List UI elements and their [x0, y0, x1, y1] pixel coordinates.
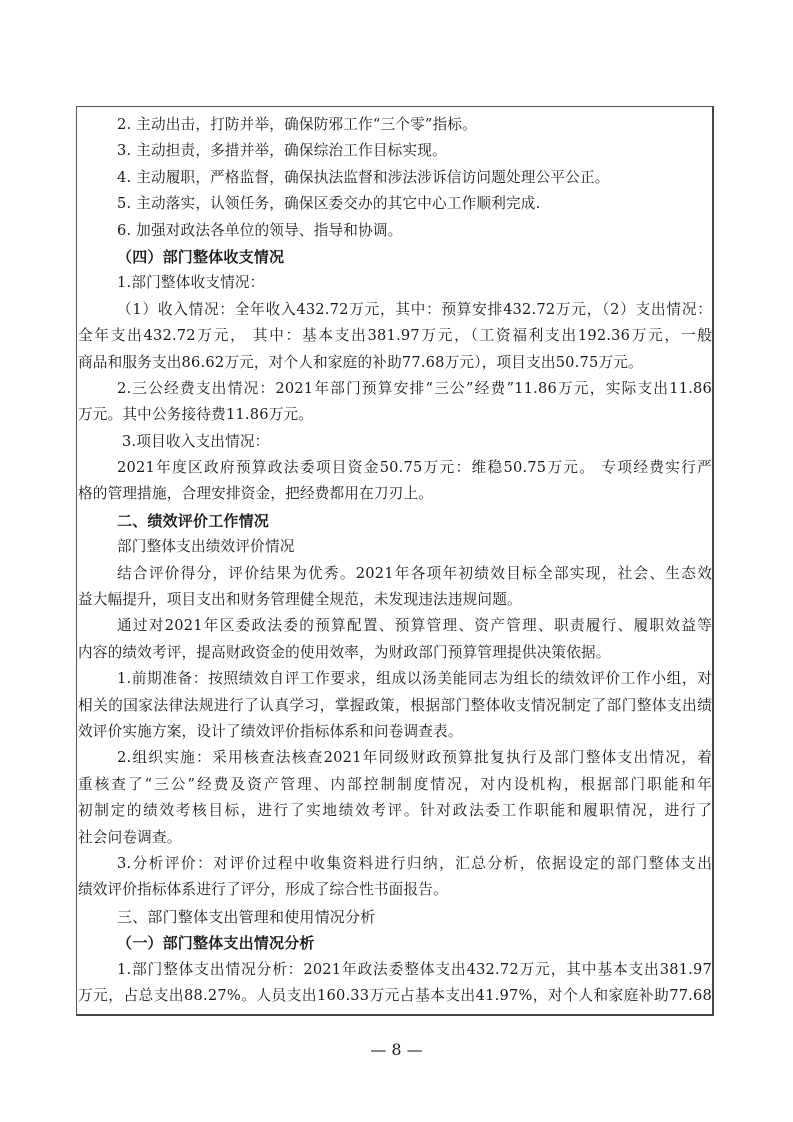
- paragraph-line: 相关的国家法律法规进行了认真学习，掌握政策，根据部门整体收支情况制定了部门整体支…: [78, 693, 712, 719]
- paragraph-line: 万元。其中公务接待费11.86万元。: [78, 402, 712, 428]
- paragraph-line: 社会问卷调查。: [78, 825, 712, 851]
- paragraph-line: 4. 主动履职，严格监督，确保执法监督和涉法涉诉信访问题处理公平公正。: [78, 165, 712, 191]
- paragraph-line: 1.部门整体支出情况分析：2021年政法委整体支出432.72万元，其中基本支出…: [78, 957, 712, 983]
- paragraph-line: 重核查了“三公”经费及资产管理、内部控制制度情况，对内设机构，根据部门职能和年: [78, 772, 712, 798]
- section-heading: 二、绩效评价工作情况: [78, 508, 712, 534]
- section-heading: （四）部门整体收支情况: [78, 244, 712, 270]
- paragraph-line: 格的管理措施，合理安排资金，把经费都用在刀刃上。: [78, 481, 712, 507]
- paragraph-line: 通过对2021年区委政法委的预算配置、预算管理、资产管理、职责履行、履职效益等: [78, 613, 712, 639]
- document-body: 2. 主动出击，打防并举，确保防邪工作“三个零”指标。3. 主动担责，多措并举，…: [78, 112, 712, 1009]
- paragraph-line: 5. 主动落实，认领任务，确保区委交办的其它中心工作顺利完成.: [78, 191, 712, 217]
- paragraph-line: 万元，占总支出88.27%。人员支出160.33万元占基本支出41.97%，对个…: [78, 983, 712, 1009]
- paragraph-line: 内容的绩效考评，提高财政资金的使用效率，为财政部门预算管理提供决策依据。: [78, 640, 712, 666]
- paragraph-line: 结合评价得分，评价结果为优秀。2021年各项年初绩效目标全部实现，社会、生态效: [78, 561, 712, 587]
- paragraph-line: 绩效评价指标体系进行了评分，形成了综合性书面报告。: [78, 877, 712, 903]
- paragraph-line: 2021年度区政府预算政法委项目资金50.75万元：维稳50.75万元。 专项经…: [78, 455, 712, 481]
- paragraph-line: 3. 主动担责，多措并举，确保综治工作目标实现。: [78, 138, 712, 164]
- paragraph-line: 全年支出432.72万元， 其中：基本支出381.97万元，（工资福利支出192…: [78, 323, 712, 349]
- page-number: — 8 —: [0, 1040, 793, 1059]
- paragraph-line: 2.三公经费支出情况：2021年部门预算安排“三公”经费”11.86万元，实际支…: [78, 376, 712, 402]
- paragraph-line: 初制定的绩效考核目标，进行了实地绩效考评。针对政法委工作职能和履职情况，进行了: [78, 798, 712, 824]
- paragraph-line: 2.组织实施：采用核查法核查2021年同级财政预算批复执行及部门整体支出情况，着: [78, 745, 712, 771]
- paragraph-line: 1.前期准备：按照绩效自评工作要求，组成以汤美能同志为组长的绩效评价工作小组，对: [78, 666, 712, 692]
- paragraph-line: 6. 加强对政法各单位的领导、指导和协调。: [78, 218, 712, 244]
- paragraph-line: 3.分析评价：对评价过程中收集资料进行归纳，汇总分析，依据设定的部门整体支出: [78, 851, 712, 877]
- section-heading: 三、部门整体支出管理和使用情况分析: [78, 904, 712, 930]
- paragraph-line: 部门整体支出绩效评价情况: [78, 534, 712, 560]
- section-heading: （一）部门整体支出情况分析: [78, 930, 712, 956]
- paragraph-line: 1.部门整体收支情况：: [78, 270, 712, 296]
- paragraph-line: 2. 主动出击，打防并举，确保防邪工作“三个零”指标。: [78, 112, 712, 138]
- paragraph-line: 益大幅提升，项目支出和财务管理健全规范，未发现违法违规问题。: [78, 587, 712, 613]
- paragraph-line: （1）收入情况：全年收入432.72万元，其中：预算安排432.72万元，（2）…: [78, 297, 712, 323]
- paragraph-line: 效评价实施方案，设计了绩效评价指标体系和问卷调查表。: [78, 719, 712, 745]
- paragraph-line: 商品和服务支出86.62万元，对个人和家庭的补助77.68万元），项目支出50.…: [78, 350, 712, 376]
- paragraph-line: 3.项目收入支出情况：: [78, 429, 712, 455]
